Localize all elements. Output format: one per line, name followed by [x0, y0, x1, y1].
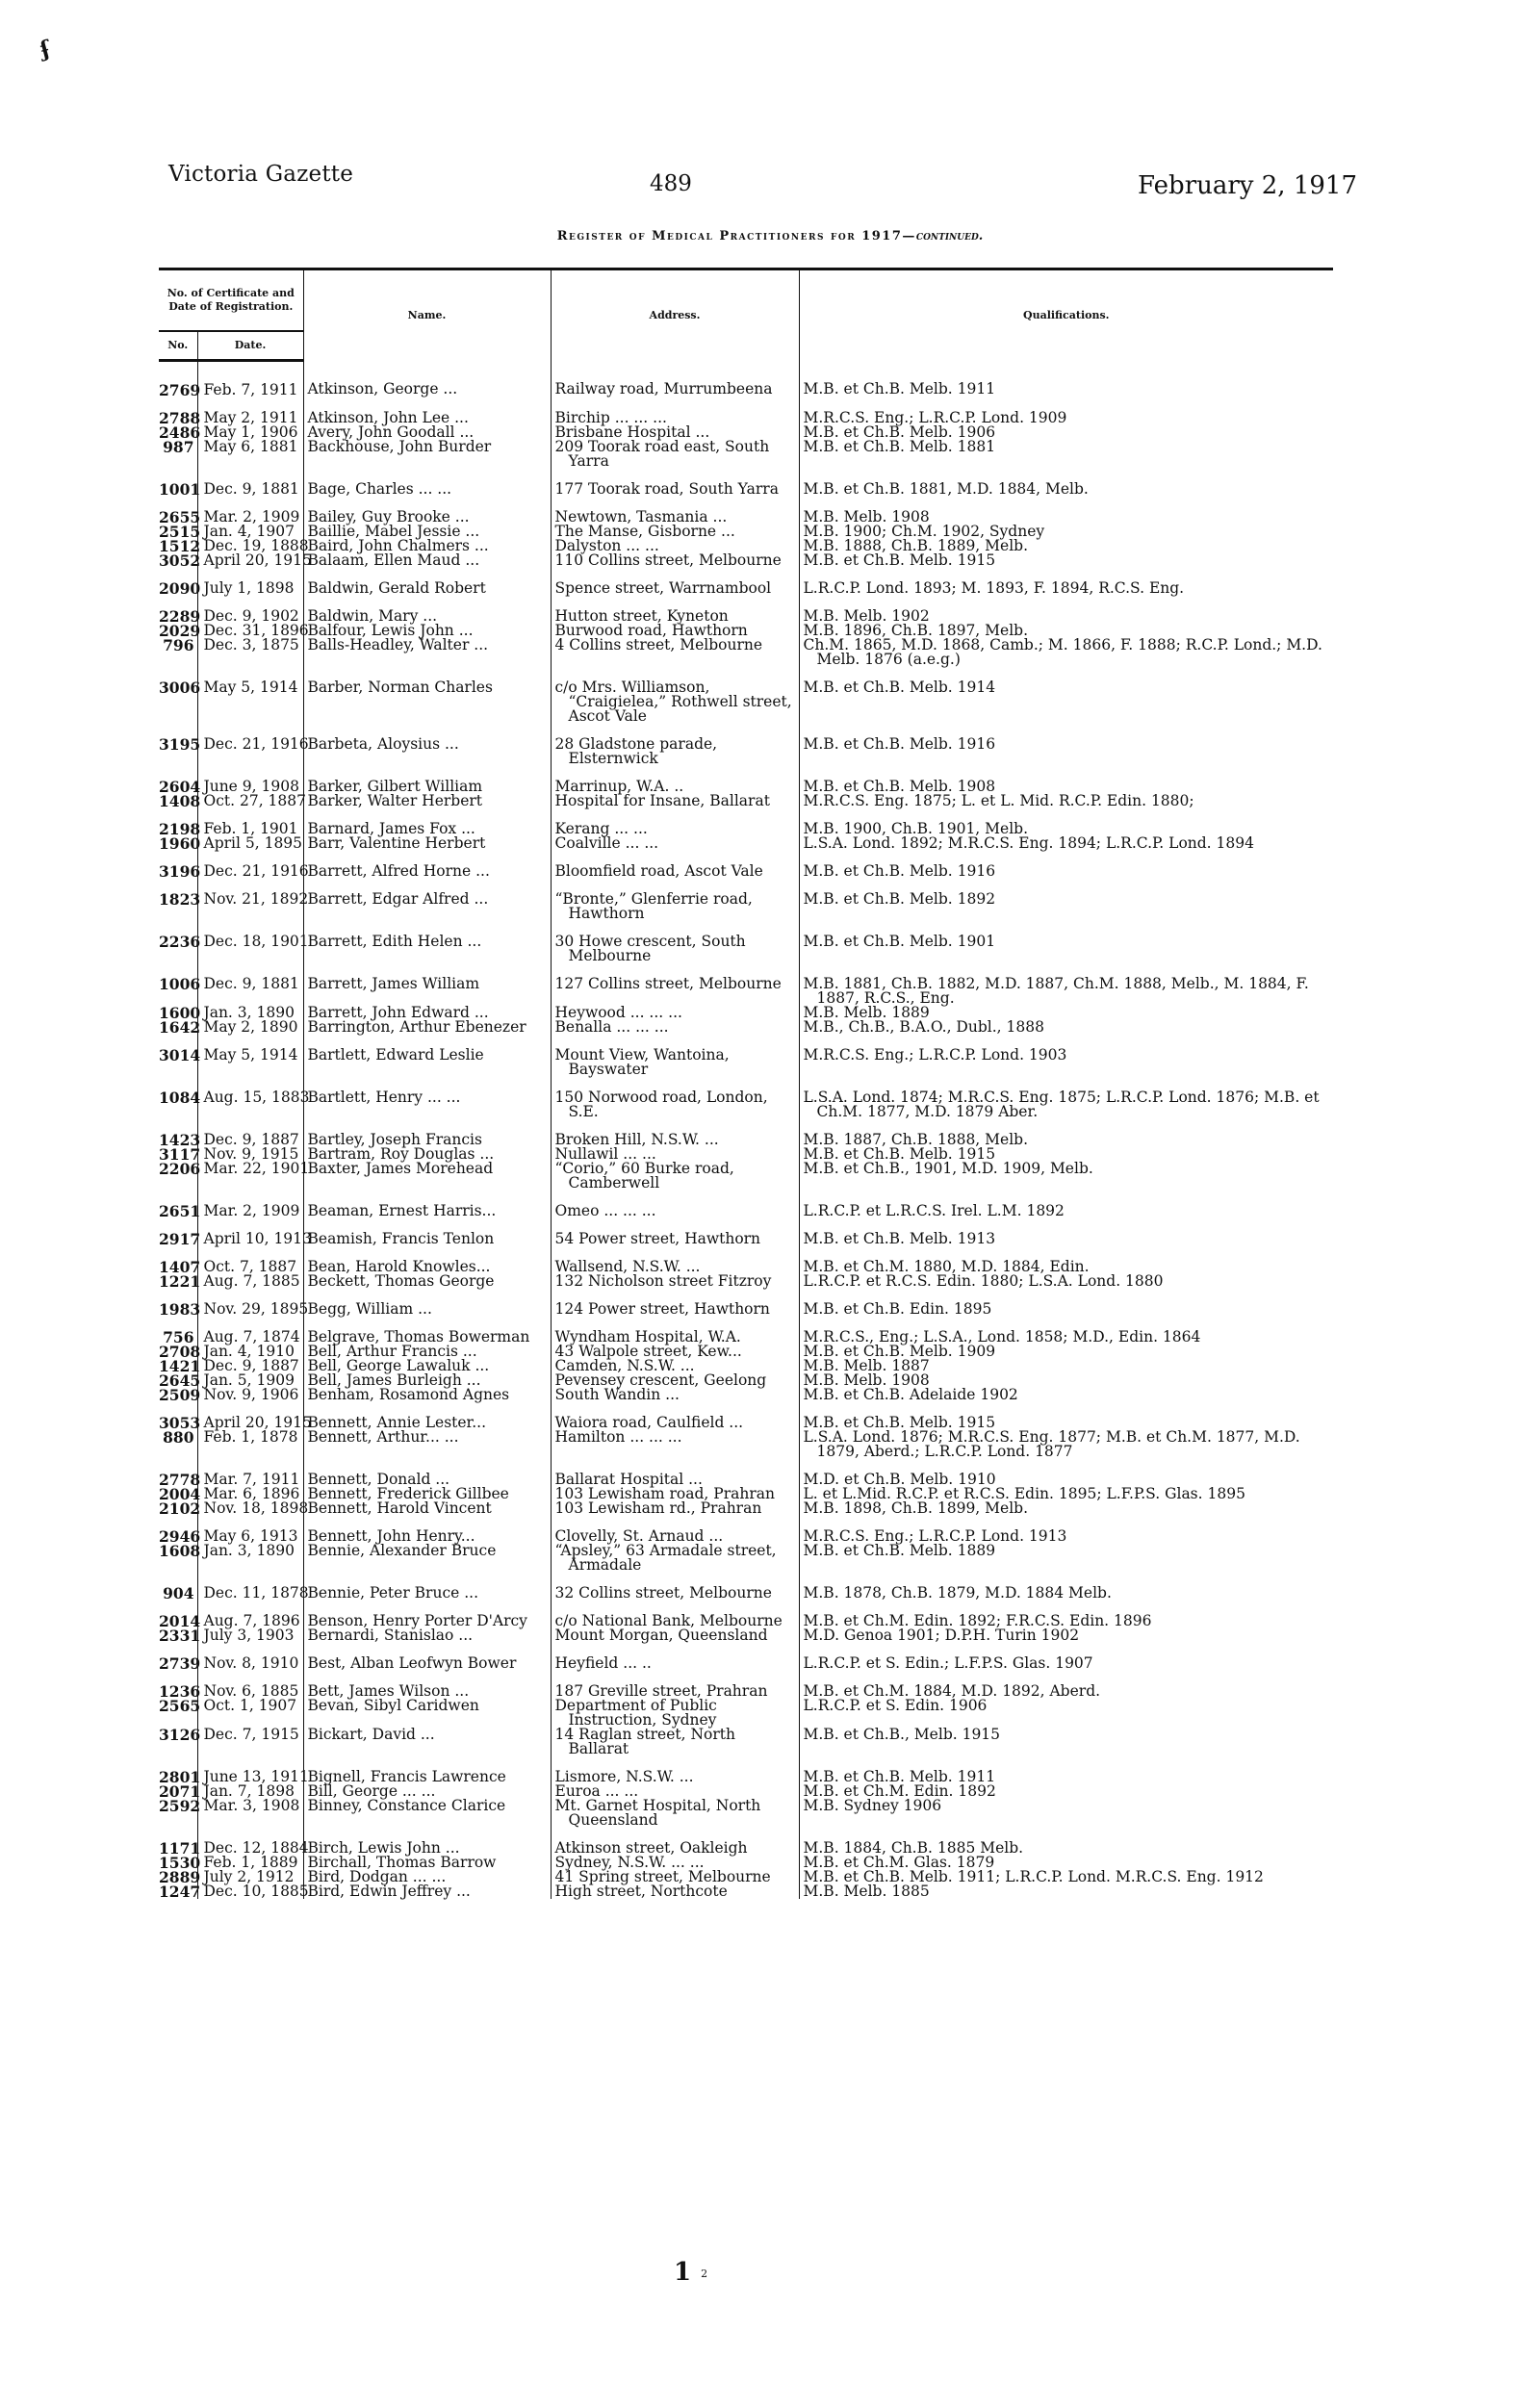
practitioner-name: Birch, Lewis John ...	[303, 1828, 551, 1856]
table-row: 1247Dec. 10, 1885Bird, Edwin Jeffrey ...…	[159, 1884, 1333, 1899]
cert-no: 2198	[159, 808, 197, 836]
practitioner-qualifications: M.B. 1887, Ch.B. 1888, Melb.	[799, 1119, 1333, 1147]
practitioner-qualifications: M.B. et Ch.B. Melb. 1901	[799, 921, 1333, 963]
practitioner-address: Mount Morgan, Queensland	[551, 1628, 799, 1643]
table-row: 796Dec. 3, 1875Balls-Headley, Walter ...…	[159, 638, 1333, 667]
reg-date: Feb. 1, 1901	[197, 808, 303, 836]
practitioner-qualifications: M.B. et Ch.B. Melb. 1916	[799, 851, 1333, 879]
reg-date: July 3, 1903	[197, 1628, 303, 1643]
practitioner-name: Barber, Norman Charles	[303, 667, 551, 724]
reg-date: April 20, 1915	[197, 553, 303, 568]
reg-date: Aug. 7, 1885	[197, 1274, 303, 1289]
table-row: 2206Mar. 22, 1901Baxter, James Morehead“…	[159, 1162, 1333, 1191]
table-row: 1642May 2, 1890Barrington, Arthur Ebenez…	[159, 1020, 1333, 1035]
table-row: 3053April 20, 1915Bennett, Annie Lester.…	[159, 1402, 1333, 1430]
page-header: Victoria Gazette 489 February 2, 1917	[168, 162, 1347, 200]
table-row: 2236Dec. 18, 1901Barrett, Edith Helen ..…	[159, 921, 1333, 963]
practitioner-name: Bennett, John Henry...	[303, 1516, 551, 1544]
practitioner-name: Bevan, Sibyl Caridwen	[303, 1699, 551, 1728]
practitioner-name: Bickart, David ...	[303, 1728, 551, 1756]
reg-date: Mar. 2, 1909	[197, 1191, 303, 1218]
reg-date: Mar. 2, 1909	[197, 497, 303, 525]
cert-no: 2917	[159, 1218, 197, 1246]
practitioner-qualifications: M.B. Melb. 1908	[799, 497, 1333, 525]
practitioner-address: 32 Collins street, Melbourne	[551, 1573, 799, 1601]
practitioner-qualifications: L.R.C.P. Lond. 1893; M. 1893, F. 1894, R…	[799, 568, 1333, 596]
cert-no: 2769	[159, 361, 197, 398]
cert-no: 2509	[159, 1388, 197, 1402]
cert-no: 2651	[159, 1191, 197, 1218]
practitioner-address: Atkinson street, Oakleigh	[551, 1828, 799, 1856]
table-row: 3196Dec. 21, 1916Barrett, Alfred Horne .…	[159, 851, 1333, 879]
reg-date: Aug. 15, 1883	[197, 1077, 303, 1119]
reg-date: May 6, 1913	[197, 1516, 303, 1544]
practitioner-qualifications: L.R.C.P. et R.C.S. Edin. 1880; L.S.A. Lo…	[799, 1274, 1333, 1289]
cert-no: 796	[159, 638, 197, 667]
practitioner-name: Balaam, Ellen Maud ...	[303, 553, 551, 568]
reg-date: May 2, 1890	[197, 1020, 303, 1035]
cert-no: 1823	[159, 879, 197, 921]
practitioner-name: Atkinson, George ...	[303, 361, 551, 398]
table-row: 1960April 5, 1895Barr, Valentine Herbert…	[159, 836, 1333, 851]
practitioner-address: Clovelly, St. Arnaud ...	[551, 1516, 799, 1544]
register-body: 2769Feb. 7, 1911Atkinson, George ...Rail…	[159, 361, 1333, 1900]
practitioner-qualifications: M.B., Ch.B., B.A.O., Dubl., 1888	[799, 1020, 1333, 1035]
reg-date: Nov. 8, 1910	[197, 1643, 303, 1671]
cert-no: 2788	[159, 397, 197, 425]
practitioner-address: Heyfield ... ..	[551, 1643, 799, 1671]
practitioner-qualifications: L.R.C.P. et L.R.C.S. Irel. L.M. 1892	[799, 1191, 1333, 1218]
reg-date: May 6, 1881	[197, 440, 303, 469]
practitioner-qualifications: M.B. et Ch.B. Melb. 1889	[799, 1544, 1333, 1573]
practitioner-qualifications: L.S.A. Lond. 1874; M.R.C.S. Eng. 1875; L…	[799, 1077, 1333, 1119]
practitioner-address: 28 Gladstone parade, Elsternwick	[551, 724, 799, 766]
cert-no: 2565	[159, 1699, 197, 1728]
practitioner-qualifications: M.B. et Ch.B. Melb. 1908	[799, 766, 1333, 794]
cert-no: 2946	[159, 1516, 197, 1544]
practitioner-qualifications: M.B. Sydney 1906	[799, 1799, 1333, 1828]
practitioner-name: Begg, William ...	[303, 1289, 551, 1317]
practitioner-name: Benson, Henry Porter D'Arcy	[303, 1601, 551, 1628]
practitioner-address: Benalla ... ... ...	[551, 1020, 799, 1035]
practitioner-qualifications: M.B. et Ch.B., 1901, M.D. 1909, Melb.	[799, 1162, 1333, 1191]
reg-date: Dec. 9, 1887	[197, 1119, 303, 1147]
reg-date: Nov. 6, 1885	[197, 1671, 303, 1699]
practitioner-address: Hospital for Insane, Ballarat	[551, 794, 799, 808]
practitioner-name: Barrett, Edgar Alfred ...	[303, 879, 551, 921]
table-row: 2778Mar. 7, 1911Bennett, Donald ...Balla…	[159, 1459, 1333, 1487]
table-row: 2592Mar. 3, 1908Binney, Constance Claric…	[159, 1799, 1333, 1828]
table-row: 3014May 5, 1914Bartlett, Edward LeslieMo…	[159, 1035, 1333, 1077]
signature-mark-main: 1	[674, 2258, 691, 2287]
practitioner-address: Waiora road, Caulfield ...	[551, 1402, 799, 1430]
publication-date: February 2, 1917	[1138, 171, 1357, 200]
table-row: 2801June 13, 1911Bignell, Francis Lawren…	[159, 1756, 1333, 1784]
practitioner-address: Lismore, N.S.W. ...	[551, 1756, 799, 1784]
practitioner-qualifications: M.B. et Ch.B. 1881, M.D. 1884, Melb.	[799, 469, 1333, 497]
practitioner-qualifications: L.R.C.P. et S. Edin. 1906	[799, 1699, 1333, 1728]
practitioner-qualifications: M.B. et Ch.B. Melb. 1913	[799, 1218, 1333, 1246]
practitioner-address: 110 Collins street, Melbourne	[551, 553, 799, 568]
practitioner-address: Railway road, Murrumbeena	[551, 361, 799, 398]
practitioner-address: c/o Mrs. Williamson, “Craigielea,” Rothw…	[551, 667, 799, 724]
practitioner-qualifications: L.S.A. Lond. 1876; M.R.C.S. Eng. 1877; M…	[799, 1430, 1333, 1459]
practitioner-name: Bernardi, Stanislao ...	[303, 1628, 551, 1643]
practitioner-name: Baxter, James Morehead	[303, 1162, 551, 1191]
cert-no: 2604	[159, 766, 197, 794]
table-row: 2014Aug. 7, 1896Benson, Henry Porter D'A…	[159, 1601, 1333, 1628]
practitioner-name: Barrett, James William	[303, 963, 551, 1006]
practitioner-name: Bennie, Peter Bruce ...	[303, 1573, 551, 1601]
practitioner-name: Bartley, Joseph Francis	[303, 1119, 551, 1147]
table-row: 2769Feb. 7, 1911Atkinson, George ...Rail…	[159, 361, 1333, 398]
practitioner-qualifications: M.B. 1900, Ch.B. 1901, Melb.	[799, 808, 1333, 836]
table-row: 1006Dec. 9, 1881Barrett, James William12…	[159, 963, 1333, 1006]
practitioner-address: “Apsley,” 63 Armadale street, Armadale	[551, 1544, 799, 1573]
table-row: 1221Aug. 7, 1885Beckett, Thomas George13…	[159, 1274, 1333, 1289]
practitioner-name: Bennett, Donald ...	[303, 1459, 551, 1487]
cert-no: 3052	[159, 553, 197, 568]
reg-date: July 1, 1898	[197, 568, 303, 596]
table-row: 1407Oct. 7, 1887Bean, Harold Knowles...W…	[159, 1246, 1333, 1274]
cert-no: 1247	[159, 1884, 197, 1899]
practitioner-qualifications: M.B. et Ch.M. 1884, M.D. 1892, Aberd.	[799, 1671, 1333, 1699]
cert-no: 1408	[159, 794, 197, 808]
header-address: Address.	[551, 270, 799, 361]
header-name: Name.	[303, 270, 551, 361]
practitioner-qualifications: Ch.M. 1865, M.D. 1868, Camb.; M. 1866, F…	[799, 638, 1333, 667]
practitioner-address: 14 Raglan street, North Ballarat	[551, 1728, 799, 1756]
table-row: 3126Dec. 7, 1915Bickart, David ...14 Rag…	[159, 1728, 1333, 1756]
practitioner-address: Wallsend, N.S.W. ...	[551, 1246, 799, 1274]
practitioner-address: Hamilton ... ... ...	[551, 1430, 799, 1459]
table-row: 2102Nov. 18, 1898Bennett, Harold Vincent…	[159, 1501, 1333, 1516]
practitioner-name: Backhouse, John Burder	[303, 440, 551, 469]
practitioner-qualifications: M.B. et Ch.B. Melb. 1915	[799, 1402, 1333, 1430]
practitioner-address: Coalville ... ...	[551, 836, 799, 851]
practitioner-qualifications: M.B. et Ch.B. Melb. 1916	[799, 724, 1333, 766]
reg-date: Dec. 21, 1916	[197, 851, 303, 879]
cert-no: 2592	[159, 1799, 197, 1828]
cert-no: 904	[159, 1573, 197, 1601]
table-row: 987May 6, 1881Backhouse, John Burder209 …	[159, 440, 1333, 469]
practitioner-qualifications: M.B. 1898, Ch.B. 1899, Melb.	[799, 1501, 1333, 1516]
register-table: No. of Certificate and Date of Registrat…	[159, 270, 1333, 1899]
practitioner-name: Atkinson, John Lee ...	[303, 397, 551, 425]
practitioner-qualifications: M.B. et Ch.B. Melb. 1914	[799, 667, 1333, 724]
table-row: 1823Nov. 21, 1892Barrett, Edgar Alfred .…	[159, 879, 1333, 921]
register-title-main: Register of Medical Practitioners for 19…	[557, 229, 916, 243]
practitioner-qualifications: M.R.C.S. Eng. 1875; L. et L. Mid. R.C.P.…	[799, 794, 1333, 808]
reg-date: Jan. 3, 1890	[197, 1544, 303, 1573]
practitioner-name: Binney, Constance Clarice	[303, 1799, 551, 1828]
practitioner-name: Bennie, Alexander Bruce	[303, 1544, 551, 1573]
cert-no: 3195	[159, 724, 197, 766]
practitioner-address: High street, Northcote	[551, 1884, 799, 1899]
cert-no: 2102	[159, 1501, 197, 1516]
table-row: 3052April 20, 1915Balaam, Ellen Maud ...…	[159, 553, 1333, 568]
reg-date: April 20, 1915	[197, 1402, 303, 1430]
practitioner-name: Bett, James Wilson ...	[303, 1671, 551, 1699]
practitioner-address: 177 Toorak road, South Yarra	[551, 469, 799, 497]
practitioner-name: Belgrave, Thomas Bowerman	[303, 1317, 551, 1345]
cert-no: 3196	[159, 851, 197, 879]
practitioner-qualifications: M.B. 1878, Ch.B. 1879, M.D. 1884 Melb.	[799, 1573, 1333, 1601]
reg-date: Feb. 1, 1878	[197, 1430, 303, 1459]
practitioner-address: Bloomfield road, Ascot Vale	[551, 851, 799, 879]
cert-no: 1423	[159, 1119, 197, 1147]
practitioner-qualifications: M.B. et Ch.B. Adelaide 1902	[799, 1388, 1333, 1402]
practitioner-address: 150 Norwood road, London, S.E.	[551, 1077, 799, 1119]
practitioner-qualifications: M.B. et Ch.B. Melb. 1911	[799, 1756, 1333, 1784]
practitioner-qualifications: L.R.C.P. et S. Edin.; L.F.P.S. Glas. 190…	[799, 1643, 1333, 1671]
reg-date: Dec. 21, 1916	[197, 724, 303, 766]
table-row: 2788May 2, 1911Atkinson, John Lee ...Bir…	[159, 397, 1333, 425]
practitioner-address: Spence street, Warrnambool	[551, 568, 799, 596]
practitioner-address: Department of Public Instruction, Sydney	[551, 1699, 799, 1728]
table-row: 2739Nov. 8, 1910Best, Alban Leofwyn Bowe…	[159, 1643, 1333, 1671]
cert-no: 2014	[159, 1601, 197, 1628]
cert-no: 1983	[159, 1289, 197, 1317]
practitioner-name: Bage, Charles ... ...	[303, 469, 551, 497]
table-row: 2655Mar. 2, 1909Bailey, Guy Brooke ...Ne…	[159, 497, 1333, 525]
publication-title: Victoria Gazette	[168, 162, 353, 187]
cert-no: 2739	[159, 1643, 197, 1671]
reg-date: June 9, 1908	[197, 766, 303, 794]
practitioner-qualifications: M.B. et Ch.M. 1880, M.D. 1884, Edin.	[799, 1246, 1333, 1274]
table-row: 2651Mar. 2, 1909Beaman, Ernest Harris...…	[159, 1191, 1333, 1218]
practitioner-qualifications: M.B. et Ch.B. Melb. 1915	[799, 553, 1333, 568]
practitioner-qualifications: M.B. et Ch.B. Melb. 1911	[799, 361, 1333, 398]
practitioner-qualifications: M.R.C.S., Eng.; L.S.A., Lond. 1858; M.D.…	[799, 1317, 1333, 1345]
practitioner-address: Newtown, Tasmania ...	[551, 497, 799, 525]
practitioner-qualifications: M.D. et Ch.B. Melb. 1910	[799, 1459, 1333, 1487]
practitioner-qualifications: M.D. Genoa 1901; D.P.H. Turin 1902	[799, 1628, 1333, 1643]
reg-date: June 13, 1911	[197, 1756, 303, 1784]
practitioner-address: Birchip ... ... ...	[551, 397, 799, 425]
cert-no: 3126	[159, 1728, 197, 1756]
practitioner-address: 209 Toorak road east, South Yarra	[551, 440, 799, 469]
practitioner-address: Kerang ... ...	[551, 808, 799, 836]
practitioner-address: “Bronte,” Glenferrie road, Hawthorn	[551, 879, 799, 921]
practitioner-name: Bartlett, Henry ... ...	[303, 1077, 551, 1119]
practitioner-name: Beckett, Thomas George	[303, 1274, 551, 1289]
practitioner-address: 4 Collins street, Melbourne	[551, 638, 799, 667]
practitioner-qualifications: M.R.C.S. Eng.; L.R.C.P. Lond. 1909	[799, 397, 1333, 425]
reg-date: Aug. 7, 1874	[197, 1317, 303, 1345]
header-date: Date.	[197, 331, 303, 361]
cert-no: 2090	[159, 568, 197, 596]
reg-date: Feb. 7, 1911	[197, 361, 303, 398]
practitioner-qualifications: M.B. et Ch.B. Edin. 1895	[799, 1289, 1333, 1317]
practitioner-qualifications: M.B. et Ch.B., Melb. 1915	[799, 1728, 1333, 1756]
table-row: 2917April 10, 1913Beamish, Francis Tenlo…	[159, 1218, 1333, 1246]
practitioner-qualifications: M.R.C.S. Eng.; L.R.C.P. Lond. 1913	[799, 1516, 1333, 1544]
reg-date: Dec. 18, 1901	[197, 921, 303, 963]
table-row: 2090July 1, 1898Baldwin, Gerald RobertSp…	[159, 568, 1333, 596]
practitioner-qualifications: M.B. et Ch.B. Melb. 1881	[799, 440, 1333, 469]
practitioner-address: Hutton street, Kyneton	[551, 596, 799, 624]
practitioner-name: Baldwin, Gerald Robert	[303, 568, 551, 596]
reg-date: Dec. 10, 1885	[197, 1884, 303, 1899]
cert-no: 3006	[159, 667, 197, 724]
practitioner-address: Broken Hill, N.S.W. ...	[551, 1119, 799, 1147]
practitioner-address: 30 Howe crescent, South Melbourne	[551, 921, 799, 963]
signature-mark-sub: 2	[701, 2268, 707, 2280]
practitioner-name: Bird, Edwin Jeffrey ...	[303, 1884, 551, 1899]
reg-date: Dec. 9, 1881	[197, 963, 303, 1006]
cert-no: 2236	[159, 921, 197, 963]
practitioner-name: Bartlett, Edward Leslie	[303, 1035, 551, 1077]
practitioner-address: Mt. Garnet Hospital, North Queensland	[551, 1799, 799, 1828]
practitioner-name: Benham, Rosamond Agnes	[303, 1388, 551, 1402]
practitioner-name: Beamish, Francis Tenlon	[303, 1218, 551, 1246]
cert-no: 756	[159, 1317, 197, 1345]
practitioner-address: 124 Power street, Hawthorn	[551, 1289, 799, 1317]
practitioner-name: Bennett, Annie Lester...	[303, 1402, 551, 1430]
reg-date: April 5, 1895	[197, 836, 303, 851]
cert-no: 987	[159, 440, 197, 469]
cert-no: 1407	[159, 1246, 197, 1274]
practitioner-name: Barbeta, Aloysius ...	[303, 724, 551, 766]
table-row: 1608Jan. 3, 1890Bennie, Alexander Bruce“…	[159, 1544, 1333, 1573]
practitioner-name: Barrett, Alfred Horne ...	[303, 851, 551, 879]
practitioner-name: Barker, Gilbert William	[303, 766, 551, 794]
table-row: 3195Dec. 21, 1916Barbeta, Aloysius ...28…	[159, 724, 1333, 766]
practitioner-address: c/o National Bank, Melbourne	[551, 1601, 799, 1628]
cert-no: 2331	[159, 1628, 197, 1643]
table-row: 1983Nov. 29, 1895Begg, William ...124 Po…	[159, 1289, 1333, 1317]
practitioner-qualifications: L.S.A. Lond. 1892; M.R.C.S. Eng. 1894; L…	[799, 836, 1333, 851]
cert-no: 880	[159, 1430, 197, 1459]
reg-date: May 5, 1914	[197, 1035, 303, 1077]
cert-no: 3014	[159, 1035, 197, 1077]
reg-date: Oct. 7, 1887	[197, 1246, 303, 1274]
practitioner-name: Beaman, Ernest Harris...	[303, 1191, 551, 1218]
register-title: Register of Medical Practitioners for 19…	[0, 229, 1540, 243]
cert-no: 1236	[159, 1671, 197, 1699]
practitioner-address: Marrinup, W.A. ..	[551, 766, 799, 794]
reg-date: Dec. 11, 1878	[197, 1573, 303, 1601]
cert-no: 1006	[159, 963, 197, 1006]
cert-no: 1608	[159, 1544, 197, 1573]
practitioner-address: 187 Greville street, Prahran	[551, 1671, 799, 1699]
table-row: 1084Aug. 15, 1883Bartlett, Henry ... ...…	[159, 1077, 1333, 1119]
practitioner-name: Barnard, James Fox ...	[303, 808, 551, 836]
practitioner-name: Bignell, Francis Lawrence	[303, 1756, 551, 1784]
table-row: 880Feb. 1, 1878Bennett, Arthur... ...Ham…	[159, 1430, 1333, 1459]
table-row: 1423Dec. 9, 1887Bartley, Joseph FrancisB…	[159, 1119, 1333, 1147]
reg-date: Nov. 9, 1906	[197, 1388, 303, 1402]
cert-no: 1642	[159, 1020, 197, 1035]
cert-no: 2778	[159, 1459, 197, 1487]
table-row: 1171Dec. 12, 1884Birch, Lewis John ...At…	[159, 1828, 1333, 1856]
table-row: 3006May 5, 1914Barber, Norman Charlesc/o…	[159, 667, 1333, 724]
reg-date: Nov. 21, 1892	[197, 879, 303, 921]
table-row: 1236Nov. 6, 1885Bett, James Wilson ...18…	[159, 1671, 1333, 1699]
practitioner-name: Barker, Walter Herbert	[303, 794, 551, 808]
practitioner-address: 127 Collins street, Melbourne	[551, 963, 799, 1006]
practitioner-address: South Wandin ...	[551, 1388, 799, 1402]
practitioner-address: 103 Lewisham rd., Prahran	[551, 1501, 799, 1516]
practitioner-qualifications: M.B. Melb. 1885	[799, 1884, 1333, 1899]
practitioner-address: Wyndham Hospital, W.A.	[551, 1317, 799, 1345]
practitioner-address: Mount View, Wantoina, Bayswater	[551, 1035, 799, 1077]
reg-date: Aug. 7, 1896	[197, 1601, 303, 1628]
reg-date: Nov. 18, 1898	[197, 1501, 303, 1516]
practitioner-name: Bennett, Harold Vincent	[303, 1501, 551, 1516]
practitioner-name: Bean, Harold Knowles...	[303, 1246, 551, 1274]
practitioner-qualifications: M.R.C.S. Eng.; L.R.C.P. Lond. 1903	[799, 1035, 1333, 1077]
header-certificate-group: No. of Certificate and Date of Registrat…	[159, 270, 303, 331]
practitioner-address: Ballarat Hospital ...	[551, 1459, 799, 1487]
table-row: 2604June 9, 1908Barker, Gilbert WilliamM…	[159, 766, 1333, 794]
cert-no: 2655	[159, 497, 197, 525]
table-row: 756Aug. 7, 1874Belgrave, Thomas Bowerman…	[159, 1317, 1333, 1345]
reg-date: April 10, 1913	[197, 1218, 303, 1246]
cert-no: 1221	[159, 1274, 197, 1289]
practitioner-name: Best, Alban Leofwyn Bower	[303, 1643, 551, 1671]
practitioner-name: Barrington, Arthur Ebenezer	[303, 1020, 551, 1035]
reg-date: Nov. 29, 1895	[197, 1289, 303, 1317]
table-row: 1001Dec. 9, 1881Bage, Charles ... ...177…	[159, 469, 1333, 497]
table-row: 1408Oct. 27, 1887Barker, Walter HerbertH…	[159, 794, 1333, 808]
practitioner-qualifications: M.B. 1884, Ch.B. 1885 Melb.	[799, 1828, 1333, 1856]
table-row: 2331July 3, 1903Bernardi, Stanislao ...M…	[159, 1628, 1333, 1643]
register-title-suffix: continued.	[916, 229, 983, 243]
cert-no: 1084	[159, 1077, 197, 1119]
reg-date: Mar. 22, 1901	[197, 1162, 303, 1191]
reg-date: May 5, 1914	[197, 667, 303, 724]
cert-no: 1960	[159, 836, 197, 851]
table-row: 2946May 6, 1913Bennett, John Henry...Clo…	[159, 1516, 1333, 1544]
register-table-container: No. of Certificate and Date of Registrat…	[159, 268, 1333, 1899]
signature-mark: 12	[674, 2258, 707, 2287]
practitioner-address: “Corio,” 60 Burke road, Camberwell	[551, 1162, 799, 1191]
table-row: 2289Dec. 9, 1902Baldwin, Mary ...Hutton …	[159, 596, 1333, 624]
table-row: 2565Oct. 1, 1907Bevan, Sibyl CaridwenDep…	[159, 1699, 1333, 1728]
practitioner-qualifications: M.B. et Ch.M. Edin. 1892; F.R.C.S. Edin.…	[799, 1601, 1333, 1628]
practitioner-address: Omeo ... ... ...	[551, 1191, 799, 1218]
table-row: 904Dec. 11, 1878Bennie, Peter Bruce ...3…	[159, 1573, 1333, 1601]
practitioner-address: 132 Nicholson street Fitzroy	[551, 1274, 799, 1289]
reg-date: Mar. 3, 1908	[197, 1799, 303, 1828]
practitioner-qualifications: M.B. et Ch.B. Melb. 1892	[799, 879, 1333, 921]
table-row: 2198Feb. 1, 1901Barnard, James Fox ...Ke…	[159, 808, 1333, 836]
cert-no: 2206	[159, 1162, 197, 1191]
table-row: 2509Nov. 9, 1906Benham, Rosamond AgnesSo…	[159, 1388, 1333, 1402]
page-number: 489	[650, 171, 692, 196]
reg-date: Oct. 1, 1907	[197, 1699, 303, 1728]
practitioner-qualifications: M.B. 1881, Ch.B. 1882, M.D. 1887, Ch.M. …	[799, 963, 1333, 1006]
practitioner-name: Bennett, Arthur... ...	[303, 1430, 551, 1459]
cert-no: 2289	[159, 596, 197, 624]
practitioner-qualifications: M.B. Melb. 1902	[799, 596, 1333, 624]
practitioner-name: Balls-Headley, Walter ...	[303, 638, 551, 667]
reg-date: Dec. 9, 1902	[197, 596, 303, 624]
practitioner-address: 54 Power street, Hawthorn	[551, 1218, 799, 1246]
cert-no: 1171	[159, 1828, 197, 1856]
header-no: No.	[159, 331, 197, 361]
practitioner-name: Baldwin, Mary ...	[303, 596, 551, 624]
reg-date: Dec. 3, 1875	[197, 638, 303, 667]
practitioner-name: Barr, Valentine Herbert	[303, 836, 551, 851]
reg-date: Oct. 27, 1887	[197, 794, 303, 808]
reg-date: May 2, 1911	[197, 397, 303, 425]
reg-date: Mar. 7, 1911	[197, 1459, 303, 1487]
reg-date: Dec. 7, 1915	[197, 1728, 303, 1756]
reg-date: Dec. 12, 1884	[197, 1828, 303, 1856]
